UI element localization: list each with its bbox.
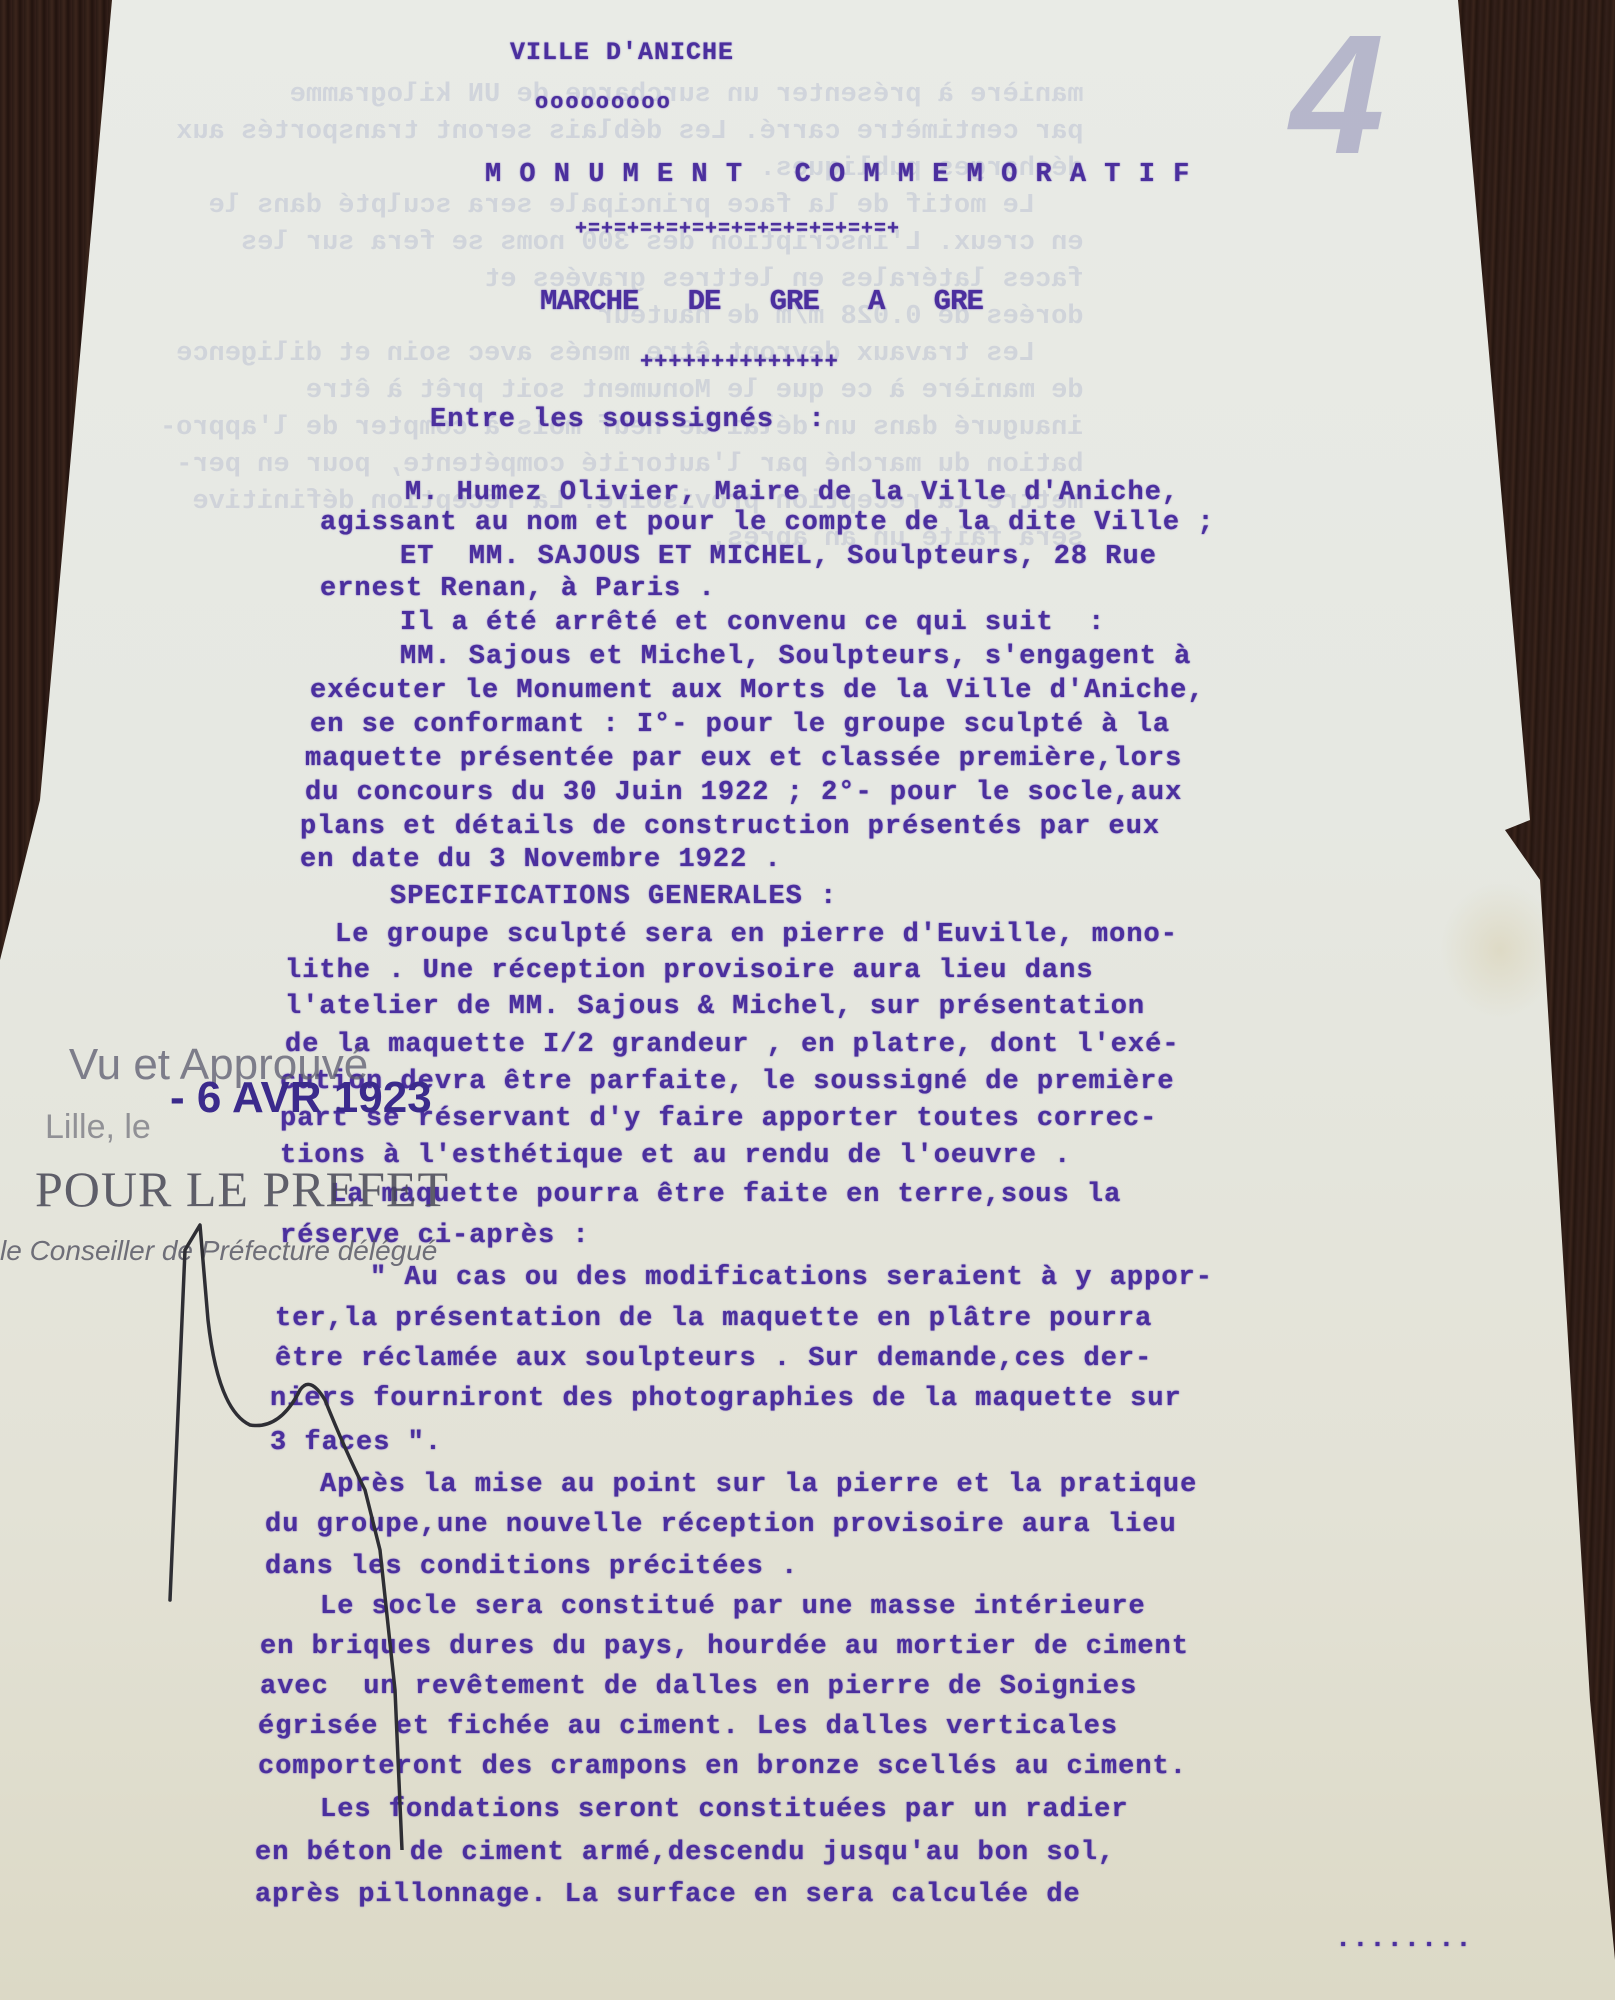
ornament-plus-equals: +=+=+=+=+=+=+=+=+=+=+=+=+ bbox=[575, 218, 900, 241]
agreement-line-2: MM. Sajous et Michel, Soulpteurs, s'enga… bbox=[400, 642, 1191, 672]
agreement-line-5: maquette présentée par eux et classée pr… bbox=[305, 744, 1182, 774]
spec-line-2: lithe . Une réception provisoire aura li… bbox=[285, 956, 1094, 986]
party-line-3: ET MM. SAJOUS ET MICHEL, Soulpteurs, 28 … bbox=[400, 542, 1157, 572]
agreement-line-1: Il a été arrêté et convenu ce qui suit : bbox=[400, 608, 1105, 638]
agreement-line-6: du concours du 30 Juin 1922 ; 2°- pour l… bbox=[305, 778, 1182, 808]
stamp-place: Lille, le bbox=[45, 1108, 151, 1147]
stamp-date: - 6 AVR 1923 bbox=[170, 1073, 432, 1123]
party-line-4: ernest Renan, à Paris . bbox=[320, 574, 716, 604]
agreement-line-8: en date du 3 Novembre 1922 . bbox=[300, 845, 782, 875]
intro-line: Entre les soussignés : bbox=[430, 405, 826, 435]
document-title: M O N U M E N T C O M M E M O R A T I F bbox=[485, 160, 1190, 190]
paper-stain bbox=[1440, 880, 1560, 1020]
continuation-dots: ........ bbox=[1335, 1925, 1473, 1955]
spec-line-3: l'atelier de MM. Sajous & Michel, sur pr… bbox=[285, 992, 1145, 1022]
section-heading: SPECIFICATIONS GENERALES : bbox=[390, 882, 837, 912]
signature-icon bbox=[140, 1130, 500, 1850]
party-line-2: agissant au nom et pour le compte de la … bbox=[320, 508, 1215, 538]
contract-type-heading: MARCHE DE GRE A GRE bbox=[540, 285, 983, 318]
ornament-circles: ooooooooo bbox=[535, 90, 672, 115]
ornament-plus: ++++++++++++++ bbox=[640, 350, 839, 375]
spec-line-4: de la maquette I/2 grandeur , en platre,… bbox=[285, 1030, 1180, 1060]
agreement-line-4: en se conformant : I°- pour le groupe sc… bbox=[310, 710, 1170, 740]
party-line-1: M. Humez Olivier, Maire de la Ville d'An… bbox=[405, 478, 1179, 508]
city-heading: VILLE D'ANICHE bbox=[510, 38, 734, 67]
spec-line-25: après pillonnage. La surface en sera cal… bbox=[255, 1880, 1081, 1910]
agreement-line-7: plans et détails de construction présent… bbox=[300, 812, 1160, 842]
agreement-line-3: exécuter le Monument aux Morts de la Vil… bbox=[310, 676, 1205, 706]
page-number: 4 bbox=[1290, 10, 1385, 180]
spec-line-1: Le groupe sculpté sera en pierre d'Euvil… bbox=[335, 920, 1178, 950]
document-page: manière à présenter un surcharge de UN k… bbox=[0, 0, 1615, 2000]
